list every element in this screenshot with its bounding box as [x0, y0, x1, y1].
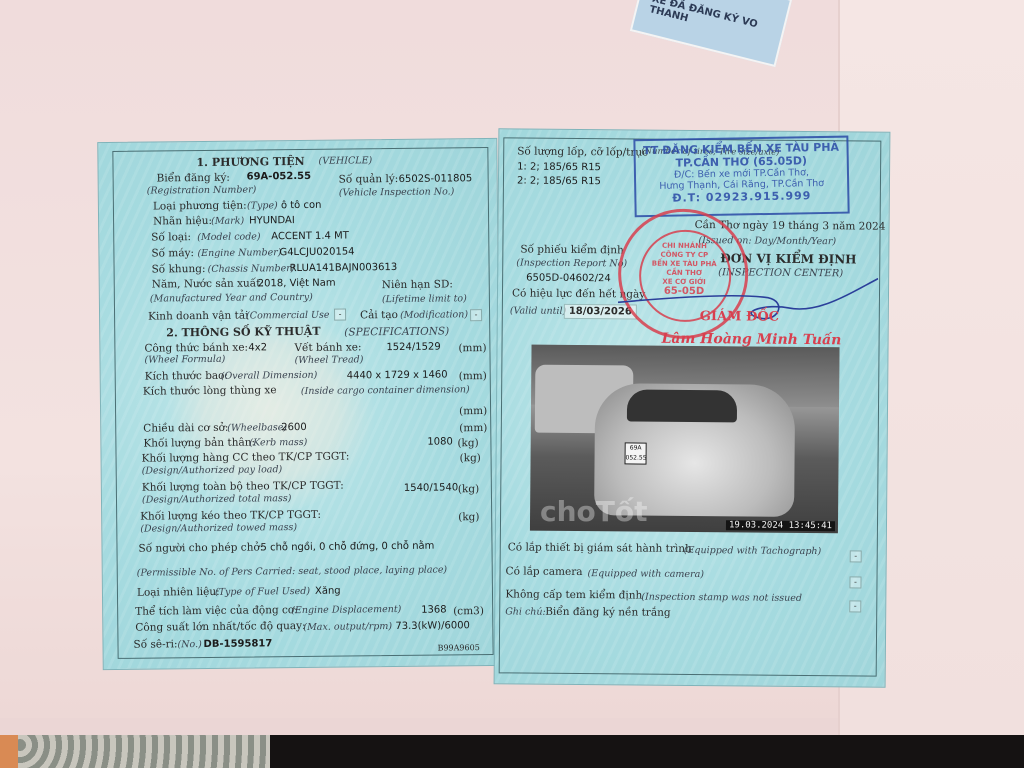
kerb-mass-label: Khối lượng bản thân: [143, 436, 255, 449]
wheelbase-unit: (mm) [459, 422, 487, 434]
wheelbase-value: 2600 [281, 422, 307, 433]
persons-label: Số người cho phép chở: [138, 541, 263, 554]
chassis-label: Số khung: [152, 263, 206, 276]
max-output-value: 73.3(kW)/6000 [395, 620, 470, 632]
camera-label-en: (Equipped with camera) [588, 568, 705, 580]
inspection-no-label: Số quản lý: [339, 173, 399, 186]
max-output-label-en: (Max. output/rpm) [303, 621, 392, 633]
wheel-formula-label-en: (Wheel Formula) [144, 354, 225, 366]
chassis-value: RLUA141BAJN003613 [290, 262, 398, 274]
photo-car-window [627, 389, 737, 422]
fuel-label-en: (Type of Fuel Used) [215, 586, 310, 598]
photo-timestamp: 19.03.2024 13:45:41 [726, 520, 835, 531]
mark-label-en: (Mark) [211, 216, 244, 227]
max-output-label: Công suất lớn nhất/tốc độ quay: [135, 620, 305, 634]
camera-label: Có lắp camera [506, 565, 583, 578]
floor-accent [0, 735, 18, 768]
valid-until-label-en: (Valid until) [510, 305, 566, 316]
chassis-label-en: (Chassis Number) [208, 263, 295, 275]
payload-unit: (kg) [460, 452, 481, 464]
type-value: ô tô con [281, 200, 322, 211]
tachograph-label-en: (Equipped with Tachograph) [684, 545, 822, 557]
certificate-left-page: 1. PHƯƠNG TIỆN (VEHICLE) Biển đăng ký: 6… [97, 138, 503, 670]
inspection-no-value: 6502S-011805 [399, 173, 473, 185]
manufacture-label: Năm, Nước sản xuất: [152, 277, 264, 290]
type-label: Loại phương tiện: [153, 200, 247, 213]
wheel-tread-value: 1524/1529 [386, 342, 440, 354]
overall-dimension-label: Kích thước bao: [145, 370, 228, 383]
background-card: XE ĐÃ ĐĂNG KÝ VO THANH [630, 0, 792, 67]
type-label-en: (Type) [247, 200, 278, 211]
inspection-no-label-en: (Vehicle Inspection No.) [339, 186, 455, 198]
floor-pattern [0, 735, 270, 768]
overall-dimension-unit: (mm) [459, 370, 487, 382]
displacement-label: Thể tích làm việc của động cơ: [135, 604, 298, 618]
mark-value: HYUNDAI [249, 215, 295, 226]
cargo-dimension-unit: (mm) [459, 405, 487, 417]
total-mass-label: Khối lượng toàn bộ theo TK/CP TGGT: [142, 480, 344, 494]
photo-license-plate: 69A 052.55 [625, 442, 647, 464]
seal-line-3: BẾN XE TÀU PHÀ [649, 260, 719, 270]
kerb-mass-value: 1080 [427, 436, 453, 447]
certificate-right-page: Số lượng lốp, cỡ lốp/trục (Number of tir… [494, 128, 891, 687]
stamp-not-issued-checkbox: - [849, 600, 861, 612]
wheel-tread-unit: (mm) [458, 342, 486, 354]
modification-label: Cải tạo [360, 309, 398, 321]
model-label-en: (Model code) [197, 231, 260, 243]
engine-label-en: (Engine Number) [197, 247, 281, 259]
manufacture-value: 2018, Việt Nam [258, 278, 336, 290]
kerb-mass-label-en: (Kerb mass) [249, 437, 307, 449]
total-mass-label-en: (Design/Authorized total mass) [142, 493, 292, 506]
stamp-not-issued-label-en: (Inspection stamp was not issued [641, 592, 802, 604]
towed-mass-label: Khối lượng kéo theo TK/CP TGGT: [140, 509, 321, 523]
background-card-text: XE ĐÃ ĐĂNG KÝ VO THANH [648, 0, 758, 30]
commercial-use-checkbox: - [334, 309, 346, 321]
modification-checkbox: - [470, 309, 482, 321]
payload-label: Khối lượng hàng CC theo TK/CP TGGT: [142, 450, 350, 464]
registration-value: 69A-052.55 [247, 171, 312, 183]
form-code: B99A9605 [438, 643, 480, 652]
inspection-certificate: 1. PHƯƠNG TIỆN (VEHICLE) Biển đăng ký: 6… [100, 130, 890, 690]
displacement-value: 1368 [421, 604, 447, 615]
total-mass-value: 1540/1540 [404, 482, 458, 494]
payload-label-en: (Design/Authorized pay load) [142, 464, 283, 476]
inspection-report-label: Số phiếu kiểm định [520, 243, 624, 256]
wheelbase-label-en: (Wheelbase) [227, 422, 287, 434]
wheel-tread-label: Vết bánh xe: [294, 341, 361, 354]
model-label: Số loại: [151, 231, 191, 243]
note-value: Biển đăng ký nền trắng [545, 606, 670, 619]
serial-label-en: (No.) [177, 639, 201, 650]
overall-dimension-value: 4440 x 1729 x 1460 [347, 369, 448, 381]
serial-value: DB-1595817 [203, 638, 272, 650]
total-mass-unit: (kg) [458, 483, 479, 495]
serial-label: Số sê-ri: [133, 638, 177, 650]
tire-row-2: 2: 2; 185/65 R15 [517, 175, 601, 187]
kerb-mass-unit: (kg) [457, 437, 478, 449]
marketplace-watermark: choTốt [540, 495, 648, 528]
lifetime-label-en: (Lifetime limit to) [382, 293, 467, 305]
tachograph-label: Có lắp thiết bị giám sát hành trình [508, 541, 692, 555]
seal-line-1: CHI NHÁNH [649, 242, 719, 252]
registration-label-en: (Registration Number) [147, 184, 257, 196]
commercial-label-en: (Commercial Use [246, 310, 330, 322]
inspection-report-value: 6505D-04602/24 [526, 273, 611, 285]
fuel-value: Xăng [315, 586, 341, 597]
director-title: GIÁM ĐỐC [700, 309, 779, 325]
wheelbase-label: Chiều dài cơ sở: [143, 422, 228, 435]
model-value: ACCENT 1.4 MT [271, 230, 349, 242]
wheel-formula-value: 4x2 [248, 342, 267, 353]
camera-checkbox: - [849, 576, 861, 588]
persons-value: 5 chỗ ngồi, 0 chỗ đứng, 0 chỗ nằm [260, 541, 434, 554]
mark-label: Nhãn hiệu: [153, 215, 212, 228]
lifetime-label: Niên hạn SD: [382, 278, 453, 291]
registration-label: Biển đăng ký: [157, 172, 230, 185]
towed-mass-label-en: (Design/Authorized towed mass) [140, 522, 297, 535]
engine-label: Số máy: [151, 247, 194, 259]
engine-value: G4LCJU020154 [279, 246, 354, 258]
commercial-label: Kinh doanh vận tải [148, 310, 248, 323]
floor-strip [0, 735, 1024, 768]
displacement-label-en: (Engine Displacement) [291, 604, 401, 616]
seal-line-2: CÔNG TY CP [649, 251, 719, 261]
inspection-center-stamp: TT ĐĂNG KIỂM BẾN XE TÀU PHÀ TP.CẦN THƠ (… [633, 136, 849, 218]
section2-title-en: (SPECIFICATIONS) [344, 325, 449, 338]
section1-title-en: (VEHICLE) [318, 155, 372, 167]
tire-row-1: 1: 2; 185/65 R15 [517, 161, 601, 173]
signature-stroke [618, 272, 879, 334]
towed-mass-unit: (kg) [458, 511, 479, 523]
overall-dimension-label-en: (Overall Dimension) [221, 370, 318, 382]
stamp-not-issued-label: Không cấp tem kiểm định [505, 588, 642, 601]
modification-label-en: (Modification) [400, 309, 468, 321]
displacement-unit: (cm3) [453, 605, 484, 617]
note-label: Ghi chú: [505, 606, 546, 617]
tachograph-checkbox: - [850, 550, 862, 562]
cargo-dimension-label: Kích thước lòng thùng xe [143, 384, 277, 397]
section2-title: 2. THÔNG SỐ KỸ THUẬT [166, 325, 320, 340]
fuel-label: Loại nhiên liệu: [137, 586, 220, 599]
wheel-formula-label: Công thức bánh xe: [144, 342, 248, 355]
wheel-tread-label-en: (Wheel Tread) [294, 354, 363, 366]
cargo-dimension-label-en: (Inside cargo container dimension) [301, 384, 470, 397]
tires-label: Số lượng lốp, cỡ lốp/trục [517, 145, 648, 158]
manufacture-label-en: (Manufactured Year and Country) [150, 292, 313, 305]
inspection-report-label-en: (Inspection Report No) [516, 257, 627, 269]
section1-title: 1. PHƯƠNG TIỆN [196, 155, 304, 169]
